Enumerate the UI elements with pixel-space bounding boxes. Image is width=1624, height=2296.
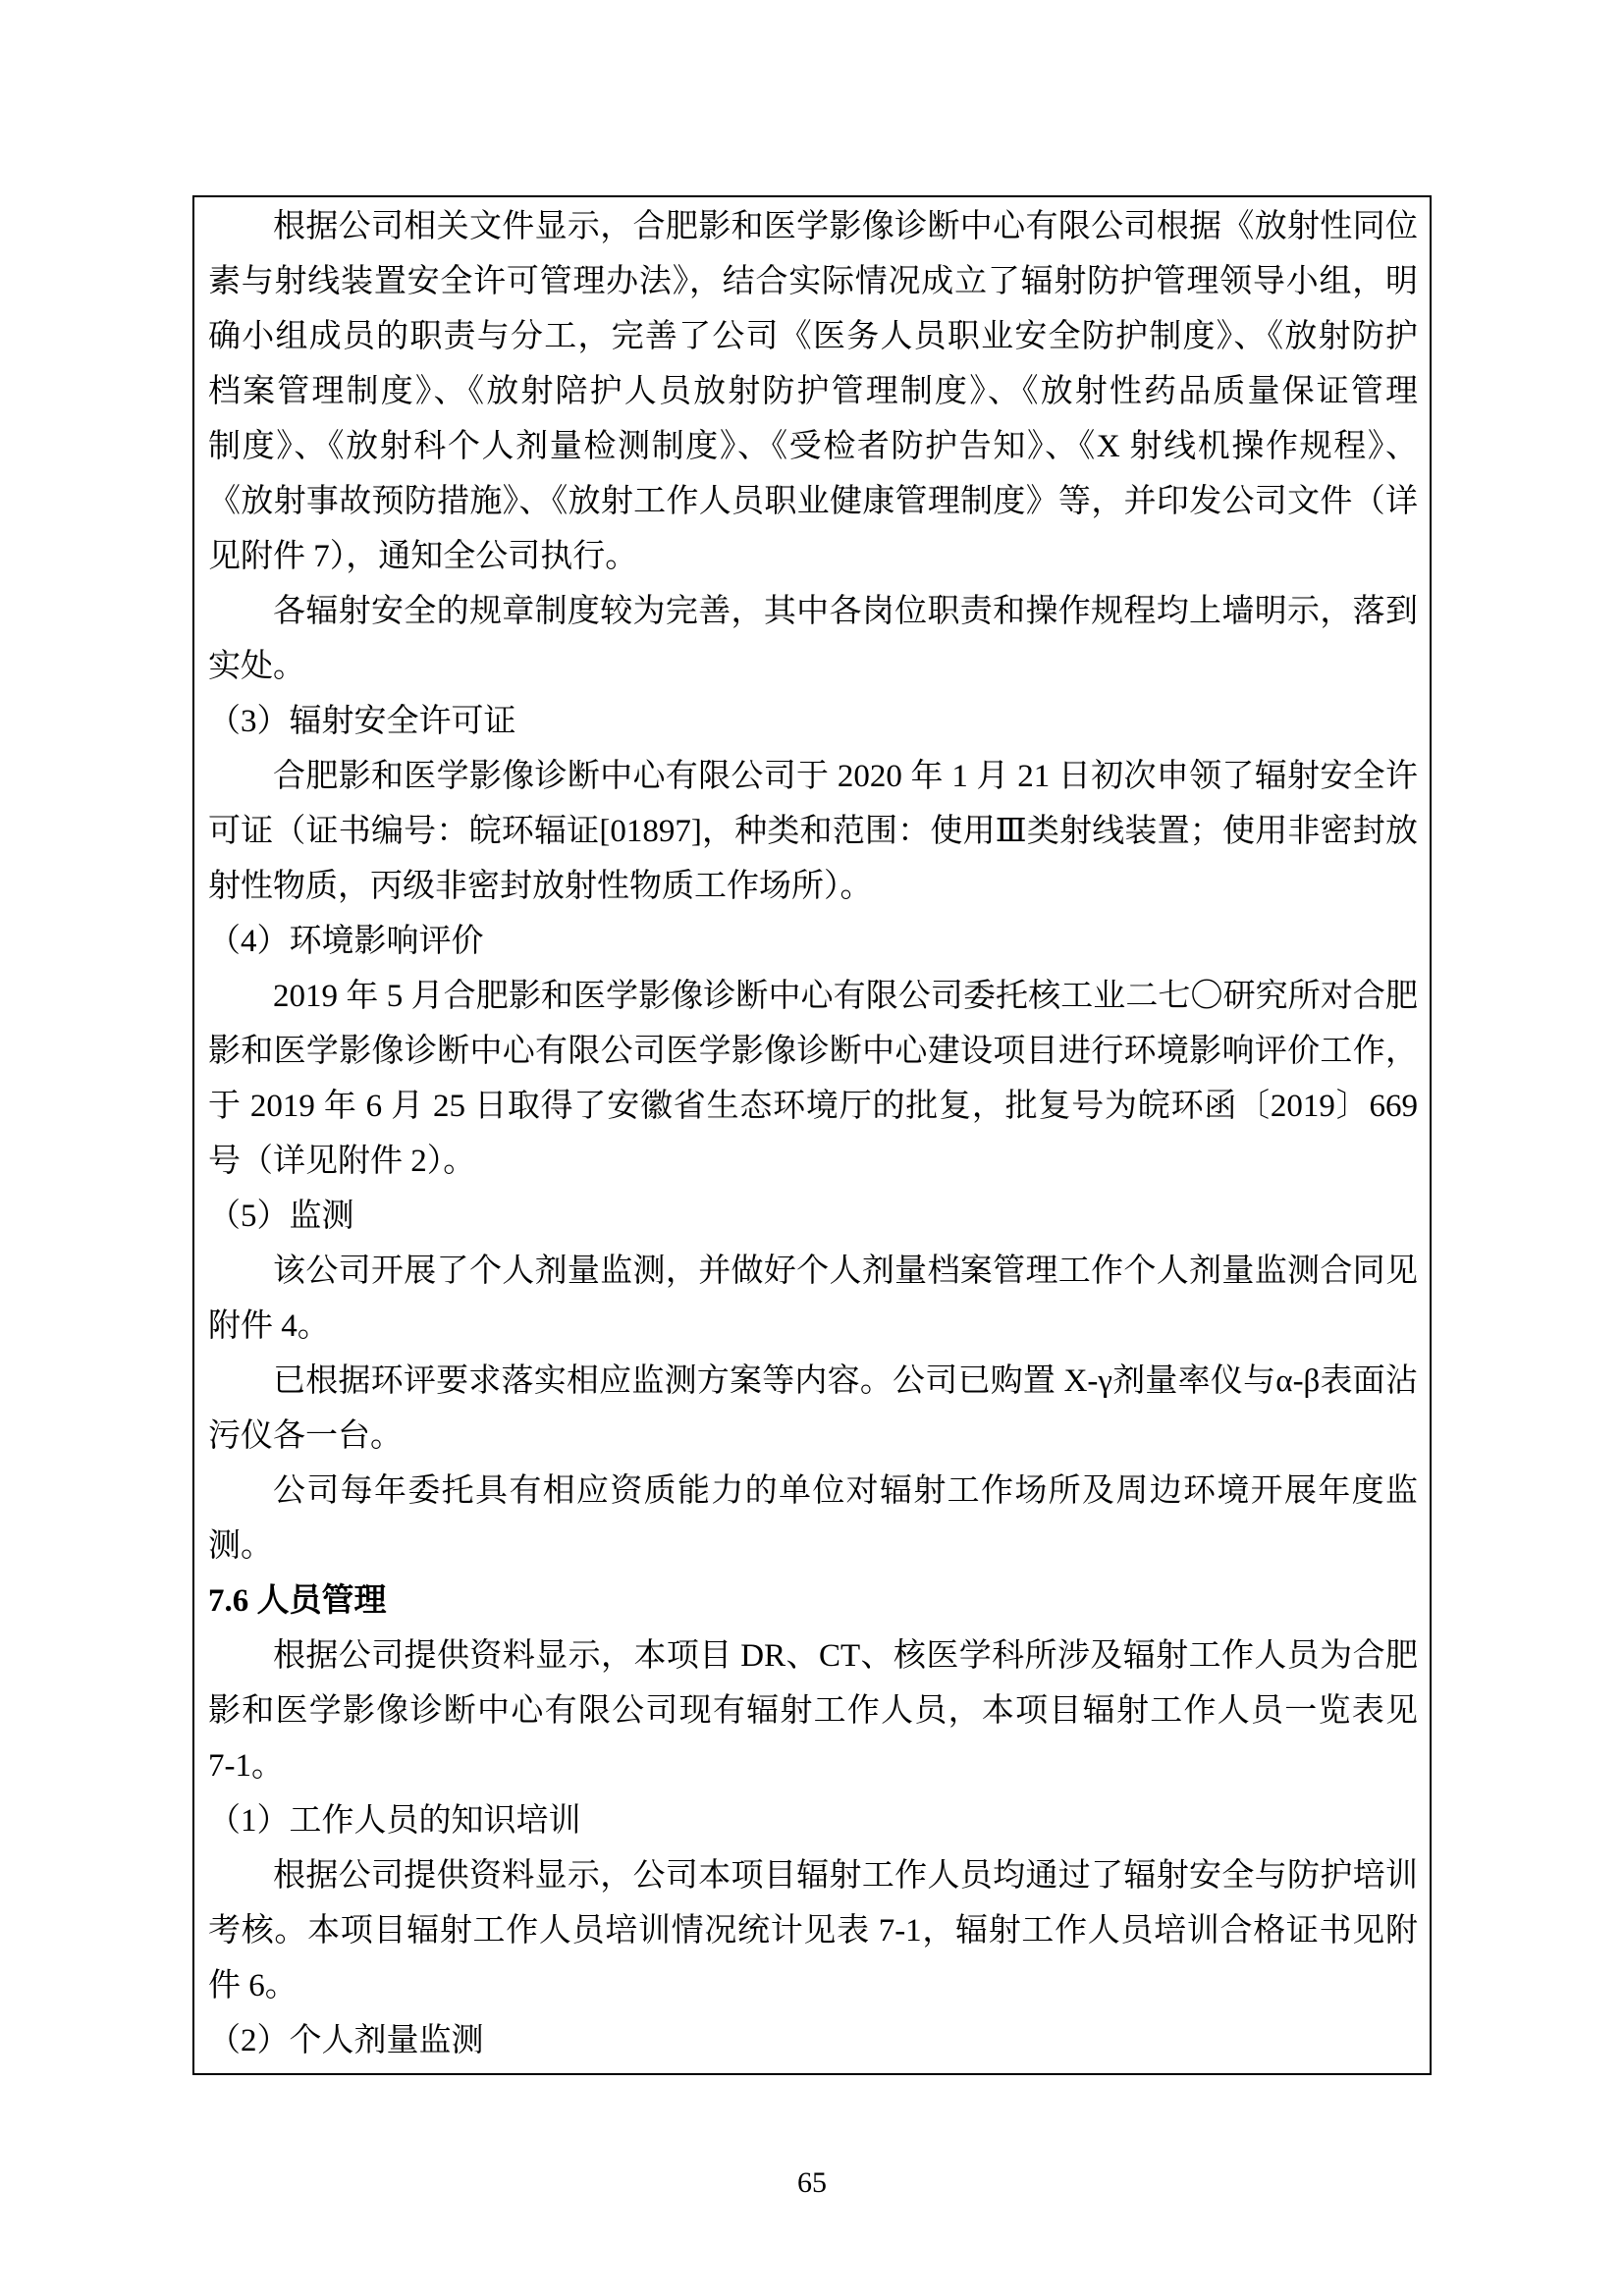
document-page: 根据公司相关文件显示，合肥影和医学影像诊断中心有限公司根据《放射性同位素与射线装… xyxy=(0,0,1624,2296)
paragraph-heading: （1）工作人员的知识培训 xyxy=(208,1793,1418,1848)
page-number: 65 xyxy=(0,2165,1624,2201)
paragraph-line: 7-1。 xyxy=(208,1738,1418,1793)
paragraph-line: 影和医学影像诊断中心有限公司医学影像诊断中心建设项目进行环境影响评价工作， xyxy=(208,1024,1418,1079)
paragraph-line: 合肥影和医学影像诊断中心有限公司于 2020 年 1 月 21 日初次申领了辐射… xyxy=(208,749,1418,804)
paragraph-line: 见附件 7），通知全公司执行。 xyxy=(208,529,1418,584)
paragraph-heading: （4）环境影响评价 xyxy=(208,914,1418,969)
paragraph-line: 已根据环评要求落实相应监测方案等内容。公司已购置 X-γ剂量率仪与α-β表面沾 xyxy=(208,1354,1418,1409)
paragraph-line: 于 2019 年 6 月 25 日取得了安徽省生态环境厅的批复，批复号为皖环函〔… xyxy=(208,1079,1418,1134)
paragraph-line: 射性物质，丙级非密封放射性物质工作场所）。 xyxy=(208,859,1418,914)
paragraph-line: 素与射线装置安全许可管理办法》，结合实际情况成立了辐射防护管理领导小组，明 xyxy=(208,254,1418,309)
paragraph-line: 实处。 xyxy=(208,639,1418,694)
paragraph-line: 根据公司提供资料显示，公司本项目辐射工作人员均通过了辐射安全与防护培训 xyxy=(208,1848,1418,1903)
paragraph-line: 档案管理制度》、《放射陪护人员放射防护管理制度》、《放射性药品质量保证管理 xyxy=(208,364,1418,419)
paragraph-line: 《放射事故预防措施》、《放射工作人员职业健康管理制度》等，并印发公司文件（详 xyxy=(208,474,1418,529)
content-border-box: 根据公司相关文件显示，合肥影和医学影像诊断中心有限公司根据《放射性同位素与射线装… xyxy=(192,195,1432,2075)
paragraph-line: 污仪各一台。 xyxy=(208,1409,1418,1464)
paragraph-line: 测。 xyxy=(208,1519,1418,1574)
paragraph-heading: （5）监测 xyxy=(208,1189,1418,1244)
paragraph-line: 件 6。 xyxy=(208,1958,1418,2013)
paragraph-line: 附件 4。 xyxy=(208,1299,1418,1354)
paragraph-line: 制度》、《放射科个人剂量检测制度》、《受检者防护告知》、《X 射线机操作规程》、 xyxy=(208,419,1418,474)
paragraph-line: 2019 年 5 月合肥影和医学影像诊断中心有限公司委托核工业二七〇研究所对合肥 xyxy=(208,969,1418,1024)
paragraph-line: 各辐射安全的规章制度较为完善，其中各岗位职责和操作规程均上墙明示，落到 xyxy=(208,584,1418,639)
paragraph-line: 考核。本项目辐射工作人员培训情况统计见表 7-1，辐射工作人员培训合格证书见附 xyxy=(208,1903,1418,1958)
paragraph-line: 可证（证书编号：皖环辐证[01897]，种类和范围：使用Ⅲ类射线装置；使用非密封… xyxy=(208,804,1418,859)
paragraph-heading: （2）个人剂量监测 xyxy=(208,2013,1418,2068)
section-heading: 7.6 人员管理 xyxy=(208,1574,1418,1629)
paragraph-line: 公司每年委托具有相应资质能力的单位对辐射工作场所及周边环境开展年度监 xyxy=(208,1464,1418,1519)
paragraph-line: 影和医学影像诊断中心有限公司现有辐射工作人员，本项目辐射工作人员一览表见 xyxy=(208,1683,1418,1738)
paragraph-line: 号（详见附件 2）。 xyxy=(208,1134,1418,1189)
paragraph-line: 该公司开展了个人剂量监测，并做好个人剂量档案管理工作个人剂量监测合同见 xyxy=(208,1244,1418,1299)
paragraph-line: 根据公司相关文件显示，合肥影和医学影像诊断中心有限公司根据《放射性同位 xyxy=(208,199,1418,254)
paragraph-heading: （3）辐射安全许可证 xyxy=(208,694,1418,749)
paragraph-line: 根据公司提供资料显示，本项目 DR、CT、核医学科所涉及辐射工作人员为合肥 xyxy=(208,1629,1418,1683)
paragraph-line: 确小组成员的职责与分工，完善了公司《医务人员职业安全防护制度》、《放射防护 xyxy=(208,309,1418,364)
